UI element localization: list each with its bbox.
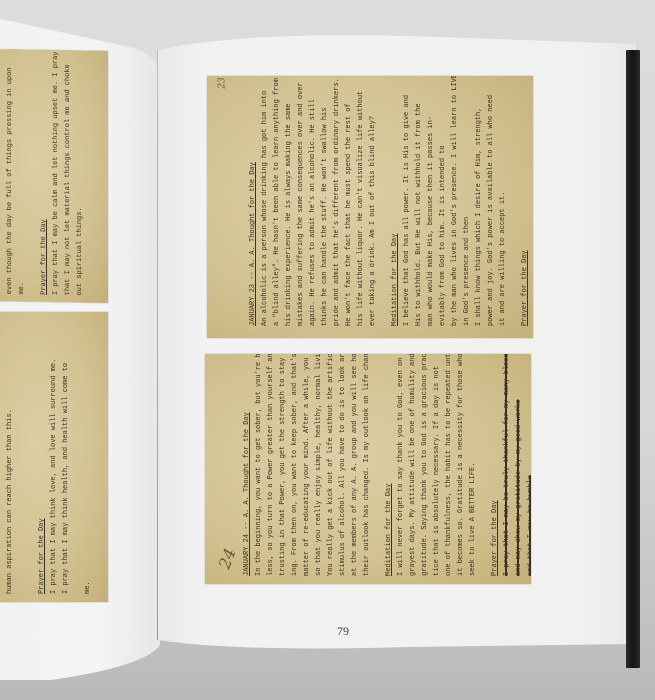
text-line: I shall know things which I desire of Hi… <box>473 76 485 326</box>
right-top-typed-sheet: 23 JANUARY 23 -- A. A. Thought for the D… <box>207 76 533 338</box>
text-line: it becomes so. Gratitude is a necessity … <box>455 354 467 576</box>
text-line: by the man who lives in God's presence. … <box>449 76 461 326</box>
book-cover-edge <box>626 50 640 668</box>
text-line: one of thankfulness, the habit has to be… <box>443 354 455 576</box>
text-line: seek to live A BETTER LIFE. <box>467 354 479 576</box>
text-line: his life without liquor. He can't visual… <box>355 76 367 326</box>
text-line: their outlook has changed. Is my outlook… <box>361 354 373 576</box>
text-line: that I may not let material things contr… <box>62 52 74 296</box>
text-line: man who would make His, because then it … <box>425 76 437 326</box>
left-top-typed-sheet: even though the day be full of things pr… <box>0 49 108 303</box>
corner-mark: 23 <box>218 77 228 88</box>
prayer-heading: Prayer for the Day <box>38 51 50 295</box>
text-line: stimulus of alcohol. All you have to do … <box>337 354 349 576</box>
right-bottom-typed-sheet: 24 JANUARY 24 -- A. A. Thought for the D… <box>205 354 531 584</box>
text-line: tice that is absolutely necessary. If a … <box>431 354 443 576</box>
text-line: even though the day be full of things pr… <box>4 51 16 295</box>
text-line: power and joy. God's power is available … <box>485 76 497 326</box>
text-line: thinks he can handle the stuff. He won't… <box>319 76 331 326</box>
thought-heading: JANUARY 24 -- A. A. Thought for the Day <box>241 354 253 576</box>
struck-text-line: and that I may be humble <box>525 354 531 576</box>
left-bottom-typed-sheet: human aspiration can reach higher than t… <box>0 312 108 602</box>
struck-text-line: I pray that I may be truly thankful for … <box>501 354 513 576</box>
meditation-heading: Meditation for the Day <box>389 76 401 326</box>
text-line: ing. From then on, you want to keep sobe… <box>289 354 301 576</box>
text-line: me. <box>82 359 94 594</box>
prayer-heading: Prayer for the Day <box>36 359 48 594</box>
meditation-heading: Meditation for the Day <box>383 354 395 576</box>
text-line: I pray that I may get myself out of the … <box>531 76 533 326</box>
thought-heading: JANUARY 23 -- A. A. Thought for the Day <box>247 76 259 326</box>
struck-text-line: and may show my gratitude by my good wor… <box>513 354 525 576</box>
text-line: mistakes and suffering the same conseque… <box>295 76 307 326</box>
text-line: In the beginning, you want to get sober,… <box>253 354 265 576</box>
text-line: me. <box>16 51 28 295</box>
text-line: pride and admit that he's different from… <box>331 76 343 326</box>
text-line: He won't face the fact that he must spen… <box>343 76 355 326</box>
text-line: evitably from God to him. It is intended… <box>437 76 449 326</box>
prayer-heading: Prayer for the Day <box>489 354 501 576</box>
prayer-heading: Prayer for the Day <box>519 76 531 326</box>
text-line: it and are willing to accept it. <box>497 76 509 326</box>
page-number: 79 <box>337 624 349 639</box>
text-line: his drinking experience. He is always ma… <box>283 76 295 326</box>
text-line: a "blind alley". He hasn't been able to … <box>271 76 283 326</box>
text-line: I pray that I may think health, and heal… <box>60 359 72 594</box>
text-line: I pray that I may think love, and love w… <box>48 359 60 594</box>
handwritten-corner-mark: 24 <box>215 546 240 572</box>
text-line: You really get a kick out of life withou… <box>325 354 337 576</box>
text-line: trusting in that Power, you get the stre… <box>277 354 289 576</box>
text-line: I pray that I may be calm and let nothin… <box>50 51 62 295</box>
text-line: so that you really enjoy simple, healthy… <box>313 354 325 576</box>
text-line: I will never forget to say thank you to … <box>395 354 407 576</box>
text-line: grayest days. My attitude will be one of… <box>407 354 419 576</box>
text-line: An alcoholic is a person whose drinking … <box>259 76 271 326</box>
text-line: gratitude. Saying thank you to God is a … <box>419 354 431 576</box>
text-line: I believe that God has all power. It is … <box>401 76 413 326</box>
text-line: His to withhold. But He will not withhol… <box>413 76 425 326</box>
text-line: in God's presence and then <box>461 76 473 326</box>
text-line: matter of re-educating your mind. After … <box>301 354 313 576</box>
text-line: ever taking a drink. Am I out of this bl… <box>367 76 379 326</box>
text-line: out spiritual things. <box>74 52 86 296</box>
text-line: human aspiration can reach higher than t… <box>4 359 16 594</box>
text-line: again. He refuses to admit he's an alcoh… <box>307 76 319 326</box>
text-line: less, so you turn to a Power greater tha… <box>265 354 277 576</box>
text-line: at the members of any A. A. group and yo… <box>349 354 361 576</box>
